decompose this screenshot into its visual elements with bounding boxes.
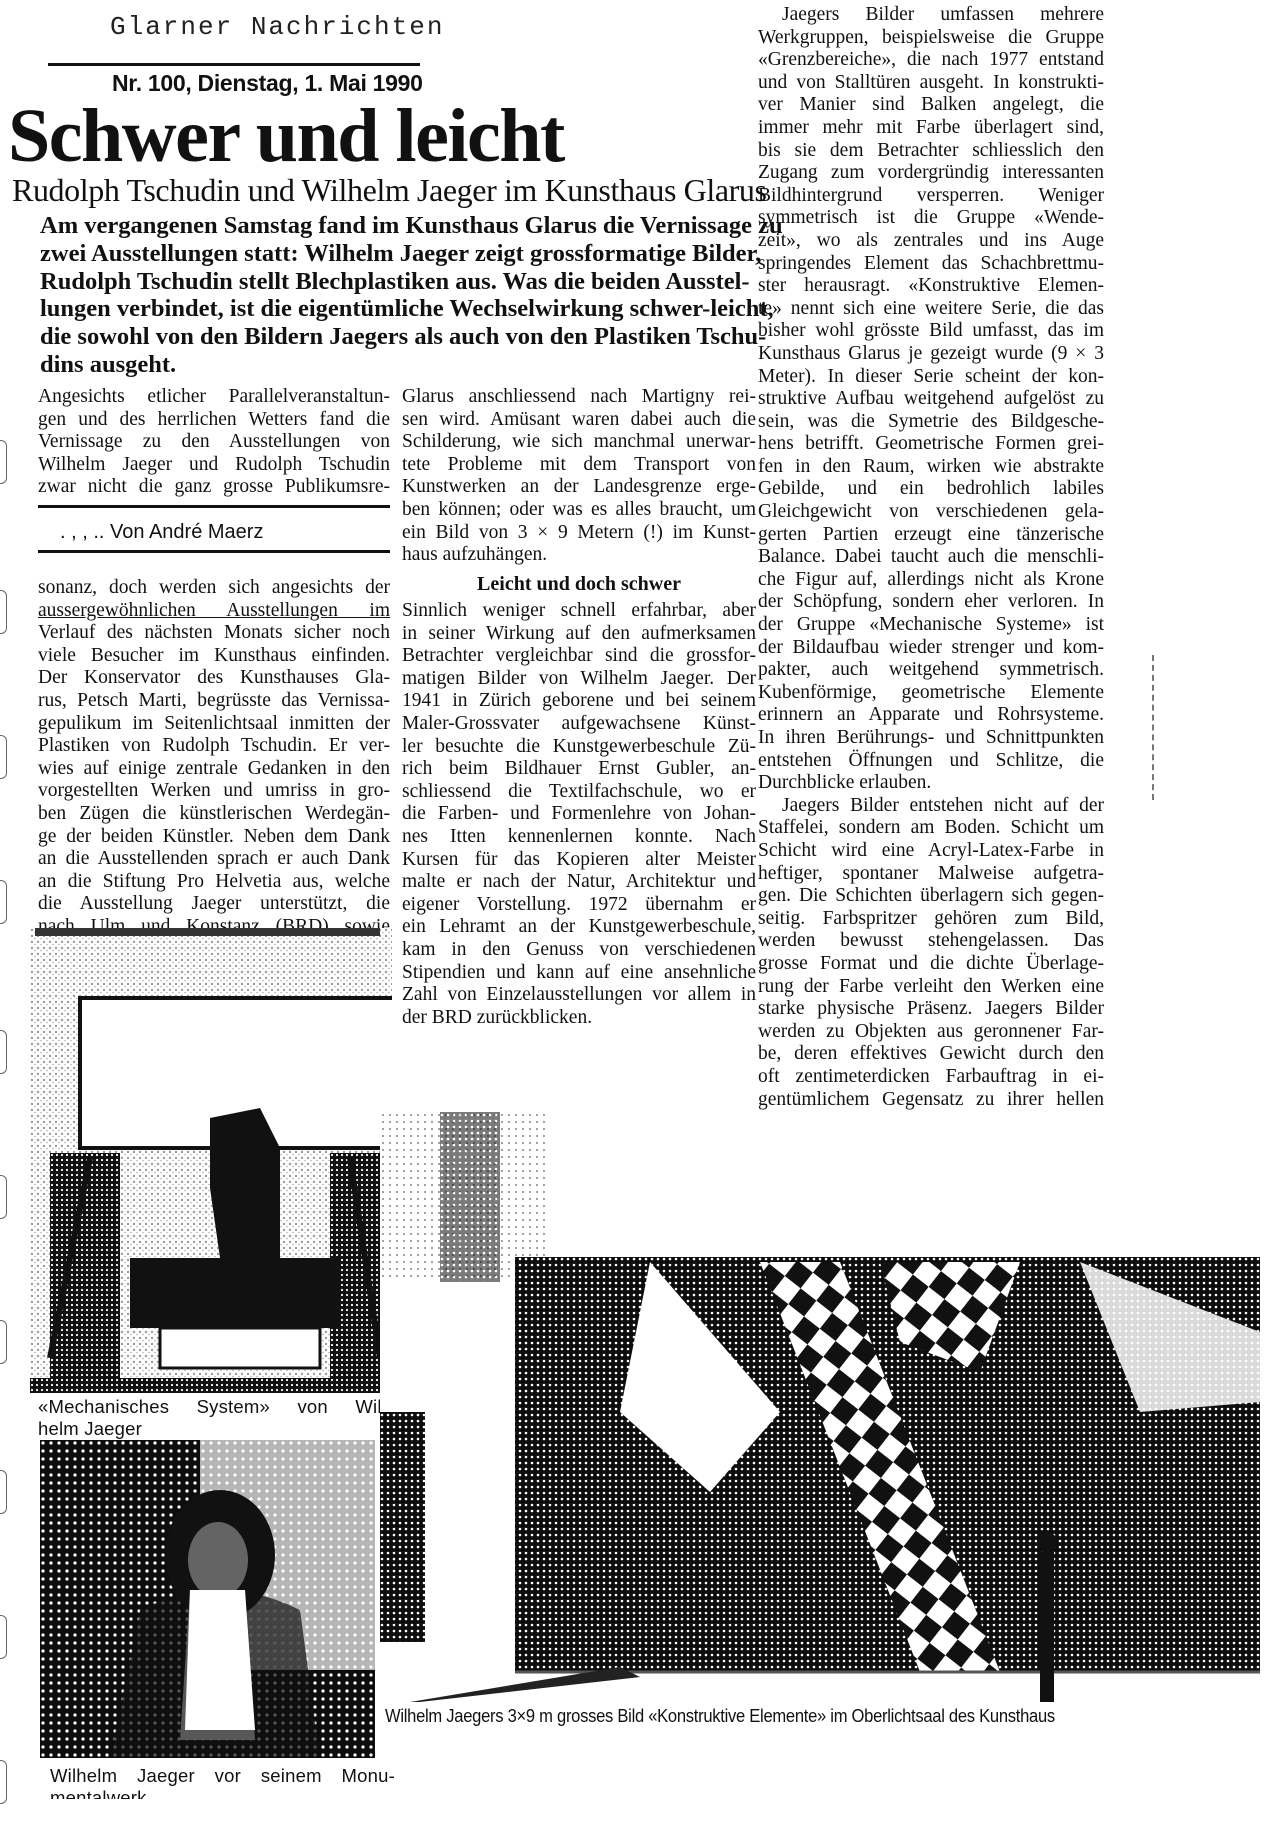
body-line: ein Bild von 3 × 9 Metern (!) im Kunst- xyxy=(402,522,756,545)
binder-hole-mark xyxy=(0,1615,7,1659)
body-line: Glarus anschliessend nach Martigny rei- xyxy=(402,386,756,409)
body-line: Maler-Grossvater aufgewachsene Künst- xyxy=(402,713,756,736)
body-line: Schilderung, wie sich manchmal unerwar- xyxy=(402,431,756,454)
body-line: 1941 in Zürich geborene und bei seinem xyxy=(402,690,756,713)
binder-hole-mark xyxy=(0,1470,7,1514)
body-line: Werkgruppen, beispielsweise die Gruppe xyxy=(758,27,1104,50)
body-line: sonanz, doch werden sich angesichts der xyxy=(38,577,390,600)
byline-rule-bottom xyxy=(38,550,390,553)
body-line: Gleichgewicht von verschiedenen gela- xyxy=(758,501,1104,524)
body-line: kam in den Genuss von verschiedenen xyxy=(402,939,756,962)
issue-date-line: Nr. 100, Dienstag, 1. Mai 1990 xyxy=(112,70,423,97)
body-line: eigener Vorstellung. 1972 übernahm er xyxy=(402,894,756,917)
body-line: Gebilde, und ein bedrohlich labiles xyxy=(758,478,1104,501)
body-line: grosse Format und die dichte Überlage- xyxy=(758,953,1104,976)
lead-line: Am vergangenen Samstag fand im Kunsthaus… xyxy=(40,212,746,240)
body-line: che Figur auf, allerdings nicht als Kron… xyxy=(758,569,1104,592)
body-line: schliessend die Textilfachschule, wo er xyxy=(402,781,756,804)
body-line: ben Zügen die künstlerischen Werdegän- xyxy=(38,803,390,826)
body-line: an die Ausstellenden sprach er auch Dank xyxy=(38,848,390,871)
body-line: die Farben- und Formenlehre von Johan- xyxy=(402,803,756,826)
body-line: Der Konservator des Kunsthauses Gla- xyxy=(38,667,390,690)
body-line: Zugang zum vordergründig interessanten xyxy=(758,162,1104,185)
body-line: die Ausstellung Jaeger unterstützt, die xyxy=(38,893,390,916)
body-line: ler besuchte die Kunstgewerbeschule Zü- xyxy=(402,736,756,759)
body-line: symmetrisch ist die Gruppe «Wende- xyxy=(758,207,1104,230)
lead-line: lungen verbindet, ist die eigentümliche … xyxy=(40,295,746,323)
caption-line: helm Jaeger xyxy=(38,1418,388,1440)
binder-hole-mark xyxy=(0,1320,7,1364)
body-line: struktive Aufbau weitgehend aufgelöst zu xyxy=(758,388,1104,411)
lead-line: dins ausgeht. xyxy=(40,351,746,379)
binder-hole-mark xyxy=(0,880,7,924)
body-line: matigen Bilder von Wilhelm Jaeger. Der xyxy=(402,668,756,691)
column-1-bottom: sonanz, doch werden sich angesichts der … xyxy=(38,577,390,939)
body-line: viele Besucher im Kunsthaus einfinden. xyxy=(38,645,390,668)
body-line: rung der Farbe verleiht den Werken eine xyxy=(758,976,1104,999)
binder-hole-mark xyxy=(0,440,7,484)
body-line: haus aufzuhängen. xyxy=(402,544,756,567)
body-line: Sinnlich weniger schnell erfahrbar, aber xyxy=(402,600,756,623)
binder-hole-mark xyxy=(0,1760,7,1804)
body-line: Verlauf des nächsten Monats sicher noch xyxy=(38,622,390,645)
body-line: Kunsthaus Glarus je gezeigt wurde (9 × 3 xyxy=(758,343,1104,366)
body-line: aussergewöhnlichen Ausstellungen im xyxy=(38,600,390,623)
newspaper-masthead: Glarner Nachrichten xyxy=(110,12,444,42)
body-line: Staffelei, sondern am Boden. Schicht um xyxy=(758,817,1104,840)
body-line: Betrachter vergleichbar sind die grossfo… xyxy=(402,645,756,668)
body-line: der Gruppe «Mechanische Systeme» ist xyxy=(758,614,1104,637)
body-line: immer mehr mit Farbe überlagert sind, xyxy=(758,117,1104,140)
body-line: zwar nicht die ganz grosse Publikumsre- xyxy=(38,476,390,499)
body-line: Zahl von Einzelausstellungen vor allem i… xyxy=(402,984,756,1007)
body-line: Balance. Dabei taucht auch die menschli- xyxy=(758,546,1104,569)
body-line: werden zu Objekten aus geronnener Far- xyxy=(758,1021,1104,1044)
binder-hole-mark xyxy=(0,1175,7,1219)
byline: . , , .. Von André Maerz xyxy=(60,521,390,544)
body-line: gepulikum im Seitenlichtsaal inmitten de… xyxy=(38,713,390,736)
body-line: Plastiken von Rudolph Tschudin. Er ver- xyxy=(38,735,390,758)
body-line: Vernissage zu den Ausstellungen von xyxy=(38,431,390,454)
body-line: sen wird. Amüsant waren dabei auch die xyxy=(402,409,756,432)
body-line: an die Stiftung Pro Helvetia aus, welche xyxy=(38,871,390,894)
body-line: Angesichts etlicher Parallelveranstaltun… xyxy=(38,386,390,409)
body-line: Kubenförmige, geometrische Elemente xyxy=(758,682,1104,705)
column-2-top: Glarus anschliessend nach Martigny rei- … xyxy=(402,386,756,567)
binder-hole-mark xyxy=(0,1030,7,1074)
body-line: ver Manier sind Balken angelegt, die xyxy=(758,94,1104,117)
body-line: Kursen für das Kopieren alter Meister xyxy=(402,849,756,872)
column-1-top: Angesichts etlicher Parallelveranstaltun… xyxy=(38,386,390,499)
body-line: vorgestellten Werken und umriss in gro- xyxy=(38,780,390,803)
body-line: ster herausragt. «Konstruktive Elemen- xyxy=(758,275,1104,298)
body-line: wies auf einige zentrale Gedanken in den xyxy=(38,758,390,781)
body-line: springendes Element das Schachbrettmu- xyxy=(758,253,1104,276)
photo-caption-mechanical-system: «Mechanisches System» von Wil- helm Jaeg… xyxy=(38,1396,388,1440)
body-line: Wilhelm Jaeger und Rudolph Tschudin xyxy=(38,454,390,477)
photo-wilhelm-jaeger-portrait xyxy=(40,1440,375,1758)
masthead-rule xyxy=(48,63,420,66)
body-line: malte er nach der Natur, Architektur und xyxy=(402,871,756,894)
body-line: nes Itten kennenlernen konnte. Nach xyxy=(402,826,756,849)
body-line: Jaegers Bilder entstehen nicht auf der xyxy=(758,795,1104,818)
body-line: be, deren effektives Gewicht durch den xyxy=(758,1043,1104,1066)
photo-mechanical-system xyxy=(30,928,392,1393)
body-line: Durchblicke erlauben. xyxy=(758,772,1104,795)
body-line: Meter). In dieser Serie scheint der kon- xyxy=(758,366,1104,389)
body-line: ge der beiden Künstler. Neben dem Dank xyxy=(38,826,390,849)
section-subheading: Leicht und doch schwer xyxy=(402,573,756,596)
photo-painting-konstruktive-elemente xyxy=(380,1112,1270,1702)
body-line: ein Lehramt an der Kunstgewerbeschule, xyxy=(402,916,756,939)
body-line: rich beim Bildhauer Ernst Gubler, an- xyxy=(402,758,756,781)
body-line: starke physische Präsenz. Jaegers Bilder xyxy=(758,998,1104,1021)
photo-caption-painting: Wilhelm Jaegers 3×9 m grosses Bild «Kons… xyxy=(385,1705,1055,1727)
body-line: der Schöpfung, sondern eher verloren. In xyxy=(758,591,1104,614)
body-line: hens betrifft. Geometrische Formen grei- xyxy=(758,433,1104,456)
body-line: tete Probleme mit dem Transport von xyxy=(402,454,756,477)
body-line: gen. Die Schichten überlagern sich gegen… xyxy=(758,885,1104,908)
body-line: sein, was die Symetrie des Bildgesche- xyxy=(758,411,1104,434)
body-line: Schicht wird eine Acryl-Latex-Farbe in xyxy=(758,840,1104,863)
lead-line: die sowohl von den Bildern Jaegers als a… xyxy=(40,323,746,351)
caption-line: Wilhelm Jaeger vor seinem Monu- xyxy=(50,1765,395,1787)
body-line: In ihren Berührungs- und Schnittpunkten xyxy=(758,727,1104,750)
body-line: pakter, auch weitgehend symmetrisch. xyxy=(758,659,1104,682)
body-line: entstehen Öffnungen und Schlitze, die xyxy=(758,750,1104,773)
caption-line: mentalwerk xyxy=(50,1787,395,1799)
body-line: zeit», wo als zentrales und ins Auge xyxy=(758,230,1104,253)
body-line: erinnern an Apparate und Rohrsysteme. xyxy=(758,704,1104,727)
body-line: Kunstwerken an der Landesgrenze erge- xyxy=(402,476,756,499)
photo-caption-portrait: Wilhelm Jaeger vor seinem Monu- mentalwe… xyxy=(50,1765,395,1799)
body-line: gen und des herrlichen Wetters fand die xyxy=(38,409,390,432)
body-line: und von Stalltüren ausgeht. In konstrukt… xyxy=(758,72,1104,95)
body-line: rus, Petsch Marti, begrüsste das Verniss… xyxy=(38,690,390,713)
body-line: «Grenzbereiche», die nach 1977 entstand xyxy=(758,49,1104,72)
caption-line: «Mechanisches System» von Wil- xyxy=(38,1396,388,1418)
body-line: fen in den Raum, wirken wie abstrakte xyxy=(758,456,1104,479)
lead-line: zwei Ausstellungen statt: Wilhelm Jaeger… xyxy=(40,240,746,268)
body-line: bisher wohl grösste Bild umfasst, das im xyxy=(758,320,1104,343)
body-line: bis sie dem Betrachter schliesslich den xyxy=(758,140,1104,163)
article-headline: Schwer und leicht xyxy=(8,96,564,176)
body-line: te» nennt sich eine weitere Serie, die d… xyxy=(758,298,1104,321)
body-line: gentümlichem Gegensatz zu ihrer hellen xyxy=(758,1089,1104,1112)
body-line: in seiner Wirkung auf den aufmerksamen xyxy=(402,623,756,646)
body-line: heftiger, spontaner Malweise aufgetra- xyxy=(758,863,1104,886)
body-line: werden bewusst stehengelassen. Das xyxy=(758,930,1104,953)
column-3: Jaegers Bilder umfassen mehrere Werkgrup… xyxy=(758,4,1104,1156)
lead-line: Rudolph Tschudin stellt Blechplastiken a… xyxy=(40,268,746,296)
body-line: der BRD zurückblicken. xyxy=(402,1007,756,1030)
body-line: der Bildaufbau wieder strenger und kom- xyxy=(758,637,1104,660)
binder-hole-mark xyxy=(0,735,7,779)
binder-hole-mark xyxy=(0,590,7,634)
byline-rule-top xyxy=(38,505,390,508)
column-2-bottom: Sinnlich weniger schnell erfahrbar, aber… xyxy=(402,600,756,1029)
body-line: Jaegers Bilder umfassen mehrere xyxy=(758,4,1104,27)
body-line: oft zentimeterdicken Farbauftrag in ei- xyxy=(758,1066,1104,1089)
body-line: gerten Partien erzeugt eine tänzerische xyxy=(758,524,1104,547)
article-lead: Am vergangenen Samstag fand im Kunsthaus… xyxy=(40,212,746,379)
article-subheadline: Rudolph Tschudin und Wilhelm Jaeger im K… xyxy=(12,172,767,208)
margin-mark xyxy=(1152,655,1156,800)
body-line: ben können; oder was es alles braucht, u… xyxy=(402,499,756,522)
body-line: Bildhintergrund versperren. Weniger xyxy=(758,185,1104,208)
body-line: seitig. Farbspritzer gehören zum Bild, xyxy=(758,908,1104,931)
body-line: Stipendien und kann auf eine ansehnliche xyxy=(402,962,756,985)
